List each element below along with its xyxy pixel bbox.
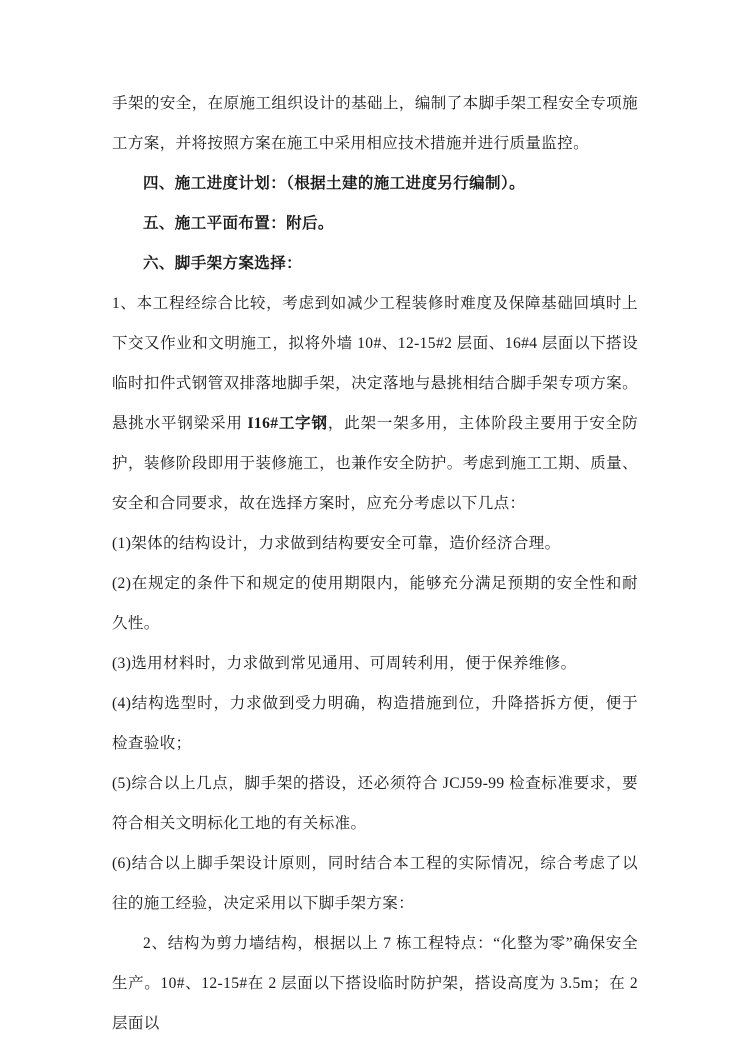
steel-beam-spec-bold: I16#工字钢 — [248, 415, 328, 432]
list-item-1-structure-design: (1)架体的结构设计，力求做到结构要安全可靠，造价经济合理。 — [112, 524, 638, 564]
heading-section-6-scaffold-scheme-selection: 六、脚手架方案选择： — [112, 244, 638, 284]
heading-section-4-schedule: 四、施工进度计划：（根据土建的施工进度另行编制）。 — [112, 164, 638, 204]
heading-section-5-site-layout: 五、施工平面布置：附后。 — [112, 204, 638, 244]
paragraph-scheme-comparison: 1、本工程经综合比较，考虑到如减少工程装修时难度及保障基础回填时上下交又作业和文… — [112, 284, 638, 524]
list-item-5-jcj59-99-standard: (5)综合以上几点，脚手架的搭设，还必须符合 JCJ59-99 检查标准要求，要… — [112, 764, 638, 844]
paragraph-safety-plan-continuation: 手架的安全，在原施工组织设计的基础上，编制了本脚手架工程安全专项施工方案，并将按… — [112, 84, 638, 164]
paragraph-shear-wall-structure: 2、结构为剪力墙结构，根据以上 7 栋工程特点：“化整为零”确保安全生产。10#… — [112, 924, 638, 1044]
list-item-2-durability: (2)在规定的条件下和规定的使用期限内，能够充分满足预期的安全性和耐久性。 — [112, 564, 638, 644]
scheme-comparison-text-before-bold: 1、本工程经综合比较，考虑到如减少工程装修时难度及保障基础回填时上下交又作业和文… — [112, 295, 638, 432]
list-item-3-materials: (3)选用材料时，力求做到常见通用、可周转利用，便于保养维修。 — [112, 644, 638, 684]
list-item-6-final-scheme-decision: (6)结合以上脚手架设计原则，同时结合本工程的实际情况，综合考虑了以往的施工经验… — [112, 844, 638, 924]
document-page: 手架的安全，在原施工组织设计的基础上，编制了本脚手架工程安全专项施工方案，并将按… — [0, 0, 744, 1052]
list-item-4-structure-selection: (4)结构选型时，力求做到受力明确，构造措施到位，升降搭拆方便，便于检查验收； — [112, 684, 638, 764]
